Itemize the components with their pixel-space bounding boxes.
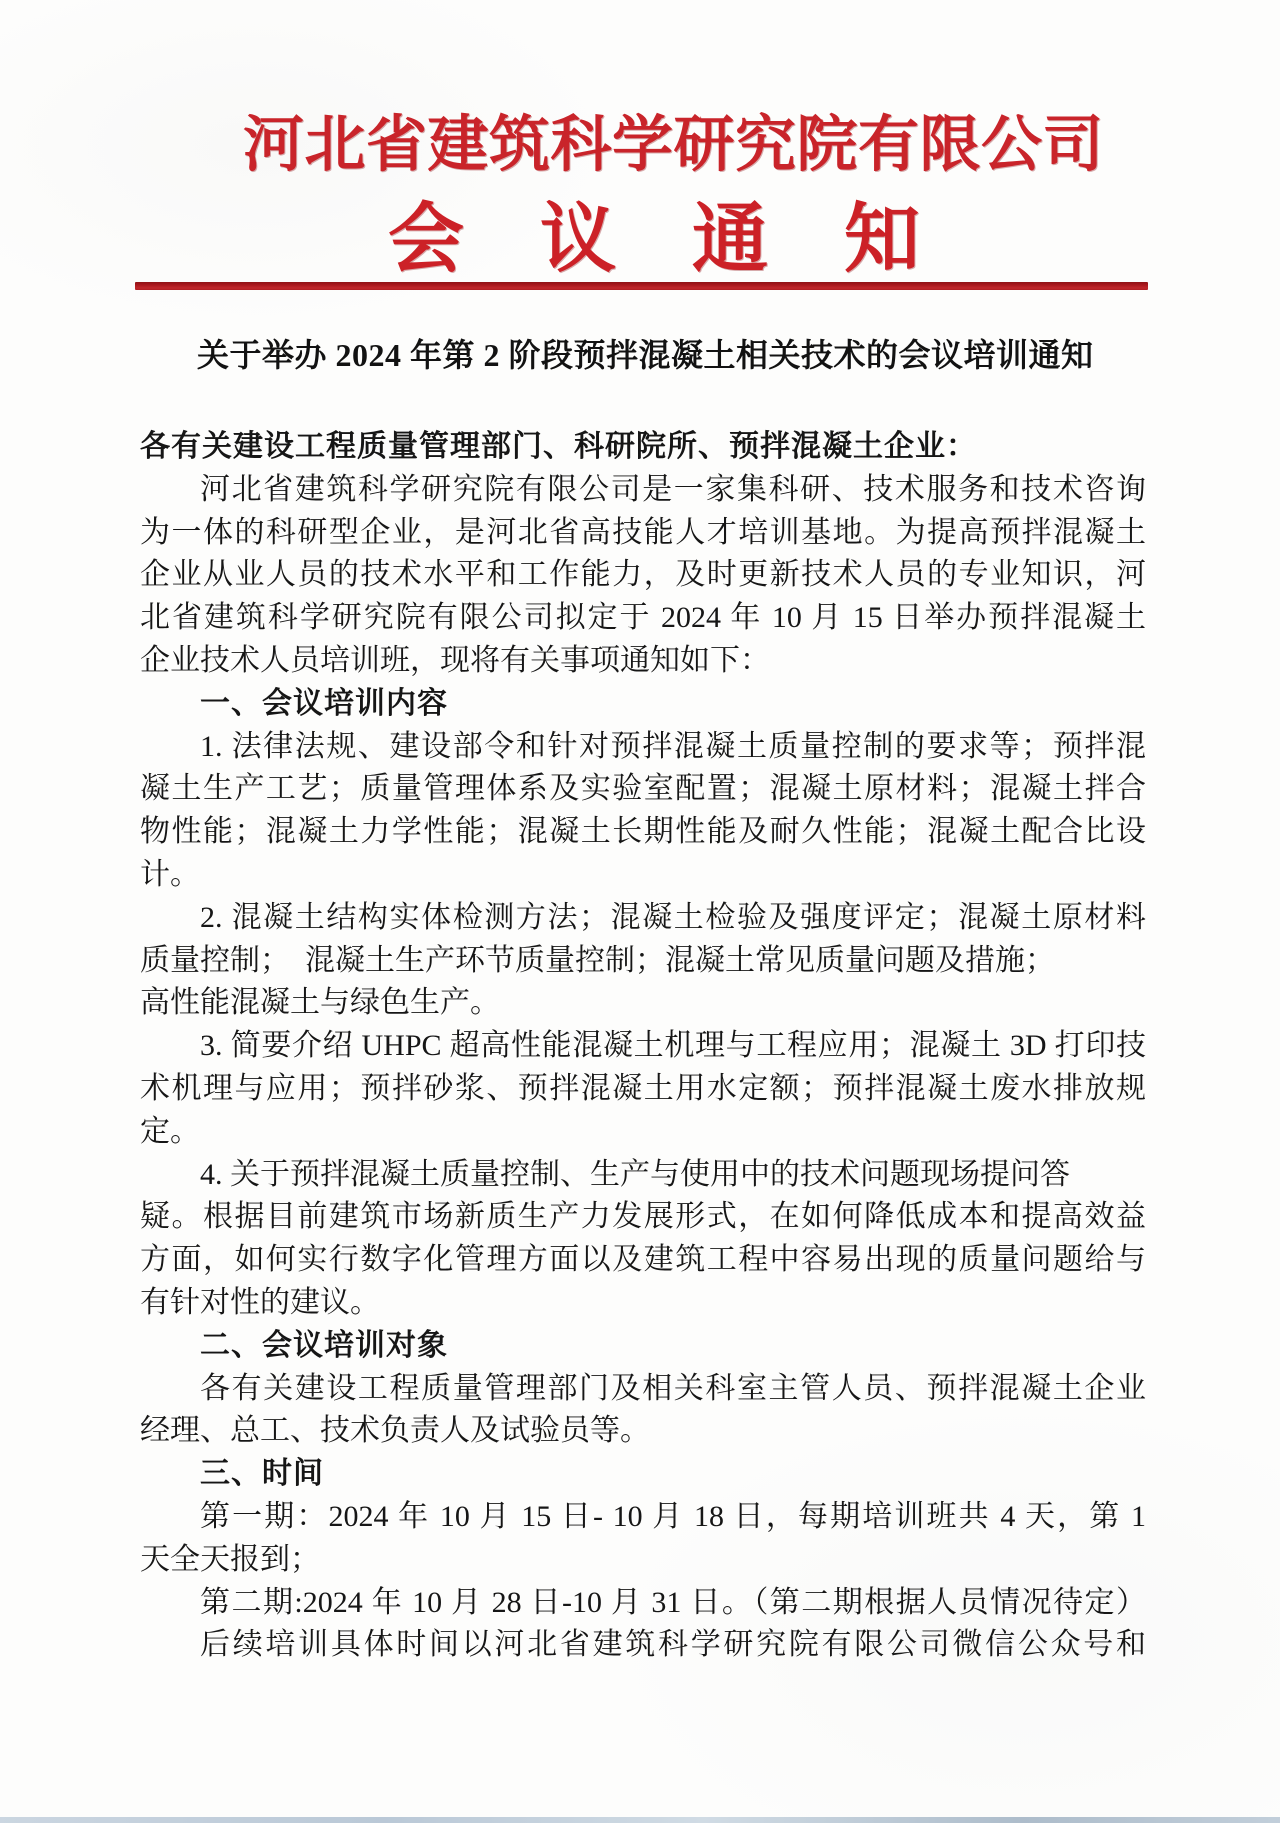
header-rule [135, 282, 1148, 290]
page-bottom-scan-edge [0, 1817, 1280, 1823]
body-line: 后续培训具体时间以河北省建筑科学研究院有限公司微信公众号和 [140, 1624, 1146, 1667]
body-line: 企业从业人员的技术水平和工作能力，及时更新技术人员的专业知识，河 [140, 554, 1146, 597]
document-body: 各有关建设工程质量管理部门、科研院所、预拌混凝土企业：河北省建筑科学研究院有限公… [140, 426, 1146, 1667]
body-line: 三、时间 [140, 1453, 1146, 1496]
body-line: 物性能；混凝土力学性能；混凝土长期性能及耐久性能；混凝土配合比设 [140, 811, 1146, 854]
body-line: 2. 混凝土结构实体检测方法；混凝土检验及强度评定；混凝土原材料 [140, 897, 1146, 940]
body-line: 3. 简要介绍 UHPC 超高性能混凝土机理与工程应用；混凝土 3D 打印技 [140, 1025, 1146, 1068]
scanned-notice-page: 河北省建筑科学研究院有限公司 会 议 通 知 关于举办 2024 年第 2 阶段… [0, 0, 1280, 1823]
body-line: 二、会议培训对象 [140, 1325, 1146, 1368]
body-line: 定。 [140, 1111, 1146, 1154]
body-line: 第一期：2024 年 10 月 15 日- 10 月 18 日，每期培训班共 4… [140, 1496, 1146, 1539]
body-line: 术机理与应用；预拌砂浆、预拌混凝土用水定额；预拌混凝土废水排放规 [140, 1068, 1146, 1111]
body-line: 质量控制； 混凝土生产环节质量控制；混凝土常见质量问题及措施； [140, 940, 1146, 983]
body-line: 第二期:2024 年 10 月 28 日-10 月 31 日。（第二期根据人员情… [140, 1582, 1146, 1625]
body-line: 1. 法律法规、建设部令和针对预拌混凝土质量控制的要求等；预拌混 [140, 726, 1146, 769]
body-line: 4. 关于预拌混凝土质量控制、生产与使用中的技术问题现场提问答 [140, 1154, 1146, 1197]
notice-title: 会 议 通 知 [388, 196, 928, 284]
doc-subtitle: 关于举办 2024 年第 2 阶段预拌混凝土相关技术的会议培训通知 [197, 330, 1117, 376]
body-line: 经理、总工、技术负责人及试验员等。 [140, 1410, 1146, 1453]
body-line: 有针对性的建议。 [140, 1282, 1146, 1325]
body-line: 凝土生产工艺；质量管理体系及实验室配置；混凝土原材料；混凝土拌合 [140, 768, 1146, 811]
body-line: 疑。根据目前建筑市场新质生产力发展形式，在如何降低成本和提高效益 [140, 1196, 1146, 1239]
body-line: 计。 [140, 854, 1146, 897]
body-line: 河北省建筑科学研究院有限公司是一家集科研、技术服务和技术咨询 [140, 469, 1146, 512]
body-line: 各有关建设工程质量管理部门及相关科室主管人员、预拌混凝土企业 [140, 1368, 1146, 1411]
body-line: 高性能混凝土与绿色生产。 [140, 982, 1146, 1025]
body-line: 一、会议培训内容 [140, 683, 1146, 726]
body-line: 各有关建设工程质量管理部门、科研院所、预拌混凝土企业： [140, 426, 1146, 469]
company-title: 河北省建筑科学研究院有限公司 [243, 106, 1113, 186]
body-line: 天全天报到； [140, 1539, 1146, 1582]
body-line: 方面，如何实行数字化管理方面以及建筑工程中容易出现的质量问题给与 [140, 1239, 1146, 1282]
body-line: 企业技术人员培训班，现将有关事项通知如下： [140, 640, 1146, 683]
body-line: 北省建筑科学研究院有限公司拟定于 2024 年 10 月 15 日举办预拌混凝土 [140, 597, 1146, 640]
body-line: 为一体的科研型企业，是河北省高技能人才培训基地。为提高预拌混凝土 [140, 512, 1146, 555]
